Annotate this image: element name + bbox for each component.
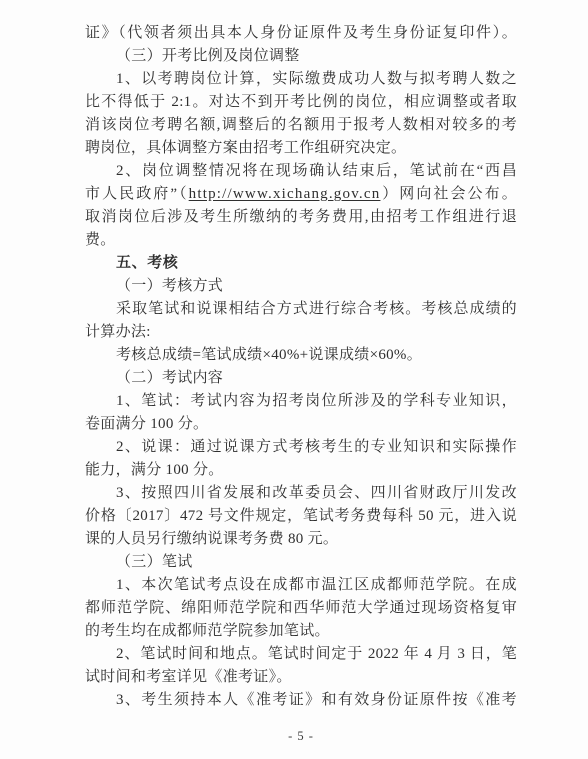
text-line: 考核总成绩=笔试成绩×40%+说课成绩×60%。 — [85, 344, 517, 367]
text-segment: 价格〔2017〕472 号文件规定，笔试考务费每科 50 元，进入说 — [85, 508, 517, 524]
text-line: 证》（代领者须出具本人身份证原件及考生身份证复印件）。 — [85, 22, 517, 45]
text-line: 聘岗位，具体调整方案由招考工作组研究决定。 — [85, 137, 517, 160]
text-segment: 市人民政府”（ — [85, 186, 189, 202]
text-line: 试时间和考室详见《准考证》。 — [85, 666, 517, 689]
text-segment: 五、考核 — [116, 255, 178, 271]
text-line: 能力，满分 100 分。 — [85, 459, 517, 482]
text-line: 2、笔试时间和地点。笔试时间定于 2022 年 4 月 3 日，笔 — [85, 643, 517, 666]
text-segment: 聘岗位，具体调整方案由招考工作组研究决定。 — [85, 140, 406, 156]
text-line: 计算办法: — [85, 321, 517, 344]
text-segment: 消该岗位考聘名额,调整后的名额用于报考人数相对较多的考 — [85, 117, 517, 133]
text-segment: 课的人员另行缴纳说课考务费 80 元。 — [85, 531, 338, 547]
text-line: 3、考生须持本人《准考证》和有效身份证原件按《准考 — [85, 689, 517, 712]
text-segment: 计算办法: — [85, 324, 151, 340]
text-segment: ）网向社会公布。 — [380, 186, 517, 202]
text-line: 消该岗位考聘名额,调整后的名额用于报考人数相对较多的考 — [85, 114, 517, 137]
text-line: （三）开考比例及岗位调整 — [85, 45, 517, 68]
text-segment: 3、考生须持本人《准考证》和有效身份证原件按《准考 — [116, 692, 517, 708]
page-number: - 5 - — [85, 729, 517, 744]
text-segment: （三）笔试 — [116, 554, 193, 570]
text-line: 2、岗位调整情况将在现场确认结束后，笔试前在“西昌 — [85, 160, 517, 183]
text-line: （一）考核方式 — [85, 275, 517, 298]
text-segment: 3、按照四川省发展和改革委员会、四川省财政厅川发改 — [116, 485, 517, 501]
website-link[interactable]: http://www.xichang.gov.cn — [189, 186, 381, 202]
text-segment: （一）考核方式 — [116, 278, 223, 294]
text-line: 2、说课：通过说课方式考核考生的专业知识和实际操作 — [85, 436, 517, 459]
text-line: （二）考试内容 — [85, 367, 517, 390]
text-line: 都师范学院、绵阳师范学院和西华师范大学通过现场资格复审 — [85, 597, 517, 620]
text-segment: 证》（代领者须出具本人身份证原件及考生身份证复印件）。 — [85, 25, 517, 41]
text-segment: 取消岗位后涉及考生所缴纳的考务费用,由招考工作组进行退 — [85, 209, 517, 225]
text-segment: 采取笔试和说课相结合方式进行综合考核。考核总成绩的 — [116, 301, 517, 317]
text-line: 1、本次笔试考点设在成都市温江区成都师范学院。在成 — [85, 574, 517, 597]
text-line: 费。 — [85, 229, 517, 252]
text-line: 采取笔试和说课相结合方式进行综合考核。考核总成绩的 — [85, 298, 517, 321]
text-segment: 能力，满分 100 分。 — [85, 462, 224, 478]
text-segment: 2、岗位调整情况将在现场确认结束后，笔试前在“西昌 — [116, 163, 517, 179]
section-heading-line: 五、考核 — [85, 252, 517, 275]
text-segment: 的考生均在成都师范学院参加笔试。 — [85, 623, 330, 639]
text-line: 取消岗位后涉及考生所缴纳的考务费用,由招考工作组进行退 — [85, 206, 517, 229]
text-segment: （三）开考比例及岗位调整 — [116, 48, 300, 64]
text-line: （三）笔试 — [85, 551, 517, 574]
text-line: 市人民政府”（http://www.xichang.gov.cn）网向社会公布。 — [85, 183, 517, 206]
text-segment: 1、以考聘岗位计算，实际缴费成功人数与拟考聘人数之 — [116, 71, 517, 87]
text-line: 1、笔试：考试内容为招考岗位所涉及的学科专业知识， — [85, 390, 517, 413]
text-segment: 1、本次笔试考点设在成都市温江区成都师范学院。在成 — [116, 577, 517, 593]
text-segment: 卷面满分 100 分。 — [85, 416, 208, 432]
text-line: 比不得低于 2:1。对达不到开考比例的岗位，相应调整或者取 — [85, 91, 517, 114]
text-line: 1、以考聘岗位计算，实际缴费成功人数与拟考聘人数之 — [85, 68, 517, 91]
document-body: 证》（代领者须出具本人身份证原件及考生身份证复印件）。（三）开考比例及岗位调整1… — [85, 22, 517, 712]
text-line: 的考生均在成都师范学院参加笔试。 — [85, 620, 517, 643]
text-segment: （二）考试内容 — [116, 370, 223, 386]
text-line: 价格〔2017〕472 号文件规定，笔试考务费每科 50 元，进入说 — [85, 505, 517, 528]
text-segment: 比不得低于 2:1。对达不到开考比例的岗位，相应调整或者取 — [85, 94, 517, 110]
text-segment: 2、笔试时间和地点。笔试时间定于 2022 年 4 月 3 日，笔 — [116, 646, 517, 662]
text-segment: 考核总成绩=笔试成绩×40%+说课成绩×60%。 — [116, 347, 422, 363]
text-line: 卷面满分 100 分。 — [85, 413, 517, 436]
text-segment: 1、笔试：考试内容为招考岗位所涉及的学科专业知识， — [116, 393, 517, 409]
text-segment: 都师范学院、绵阳师范学院和西华师范大学通过现场资格复审 — [85, 600, 517, 616]
text-segment: 试时间和考室详见《准考证》。 — [85, 669, 292, 685]
text-line: 3、按照四川省发展和改革委员会、四川省财政厅川发改 — [85, 482, 517, 505]
text-segment: 费。 — [85, 232, 116, 248]
text-line: 课的人员另行缴纳说课考务费 80 元。 — [85, 528, 517, 551]
text-segment: 2、说课：通过说课方式考核考生的专业知识和实际操作 — [116, 439, 517, 455]
document-page: 证》（代领者须出具本人身份证原件及考生身份证复印件）。（三）开考比例及岗位调整1… — [0, 0, 588, 759]
